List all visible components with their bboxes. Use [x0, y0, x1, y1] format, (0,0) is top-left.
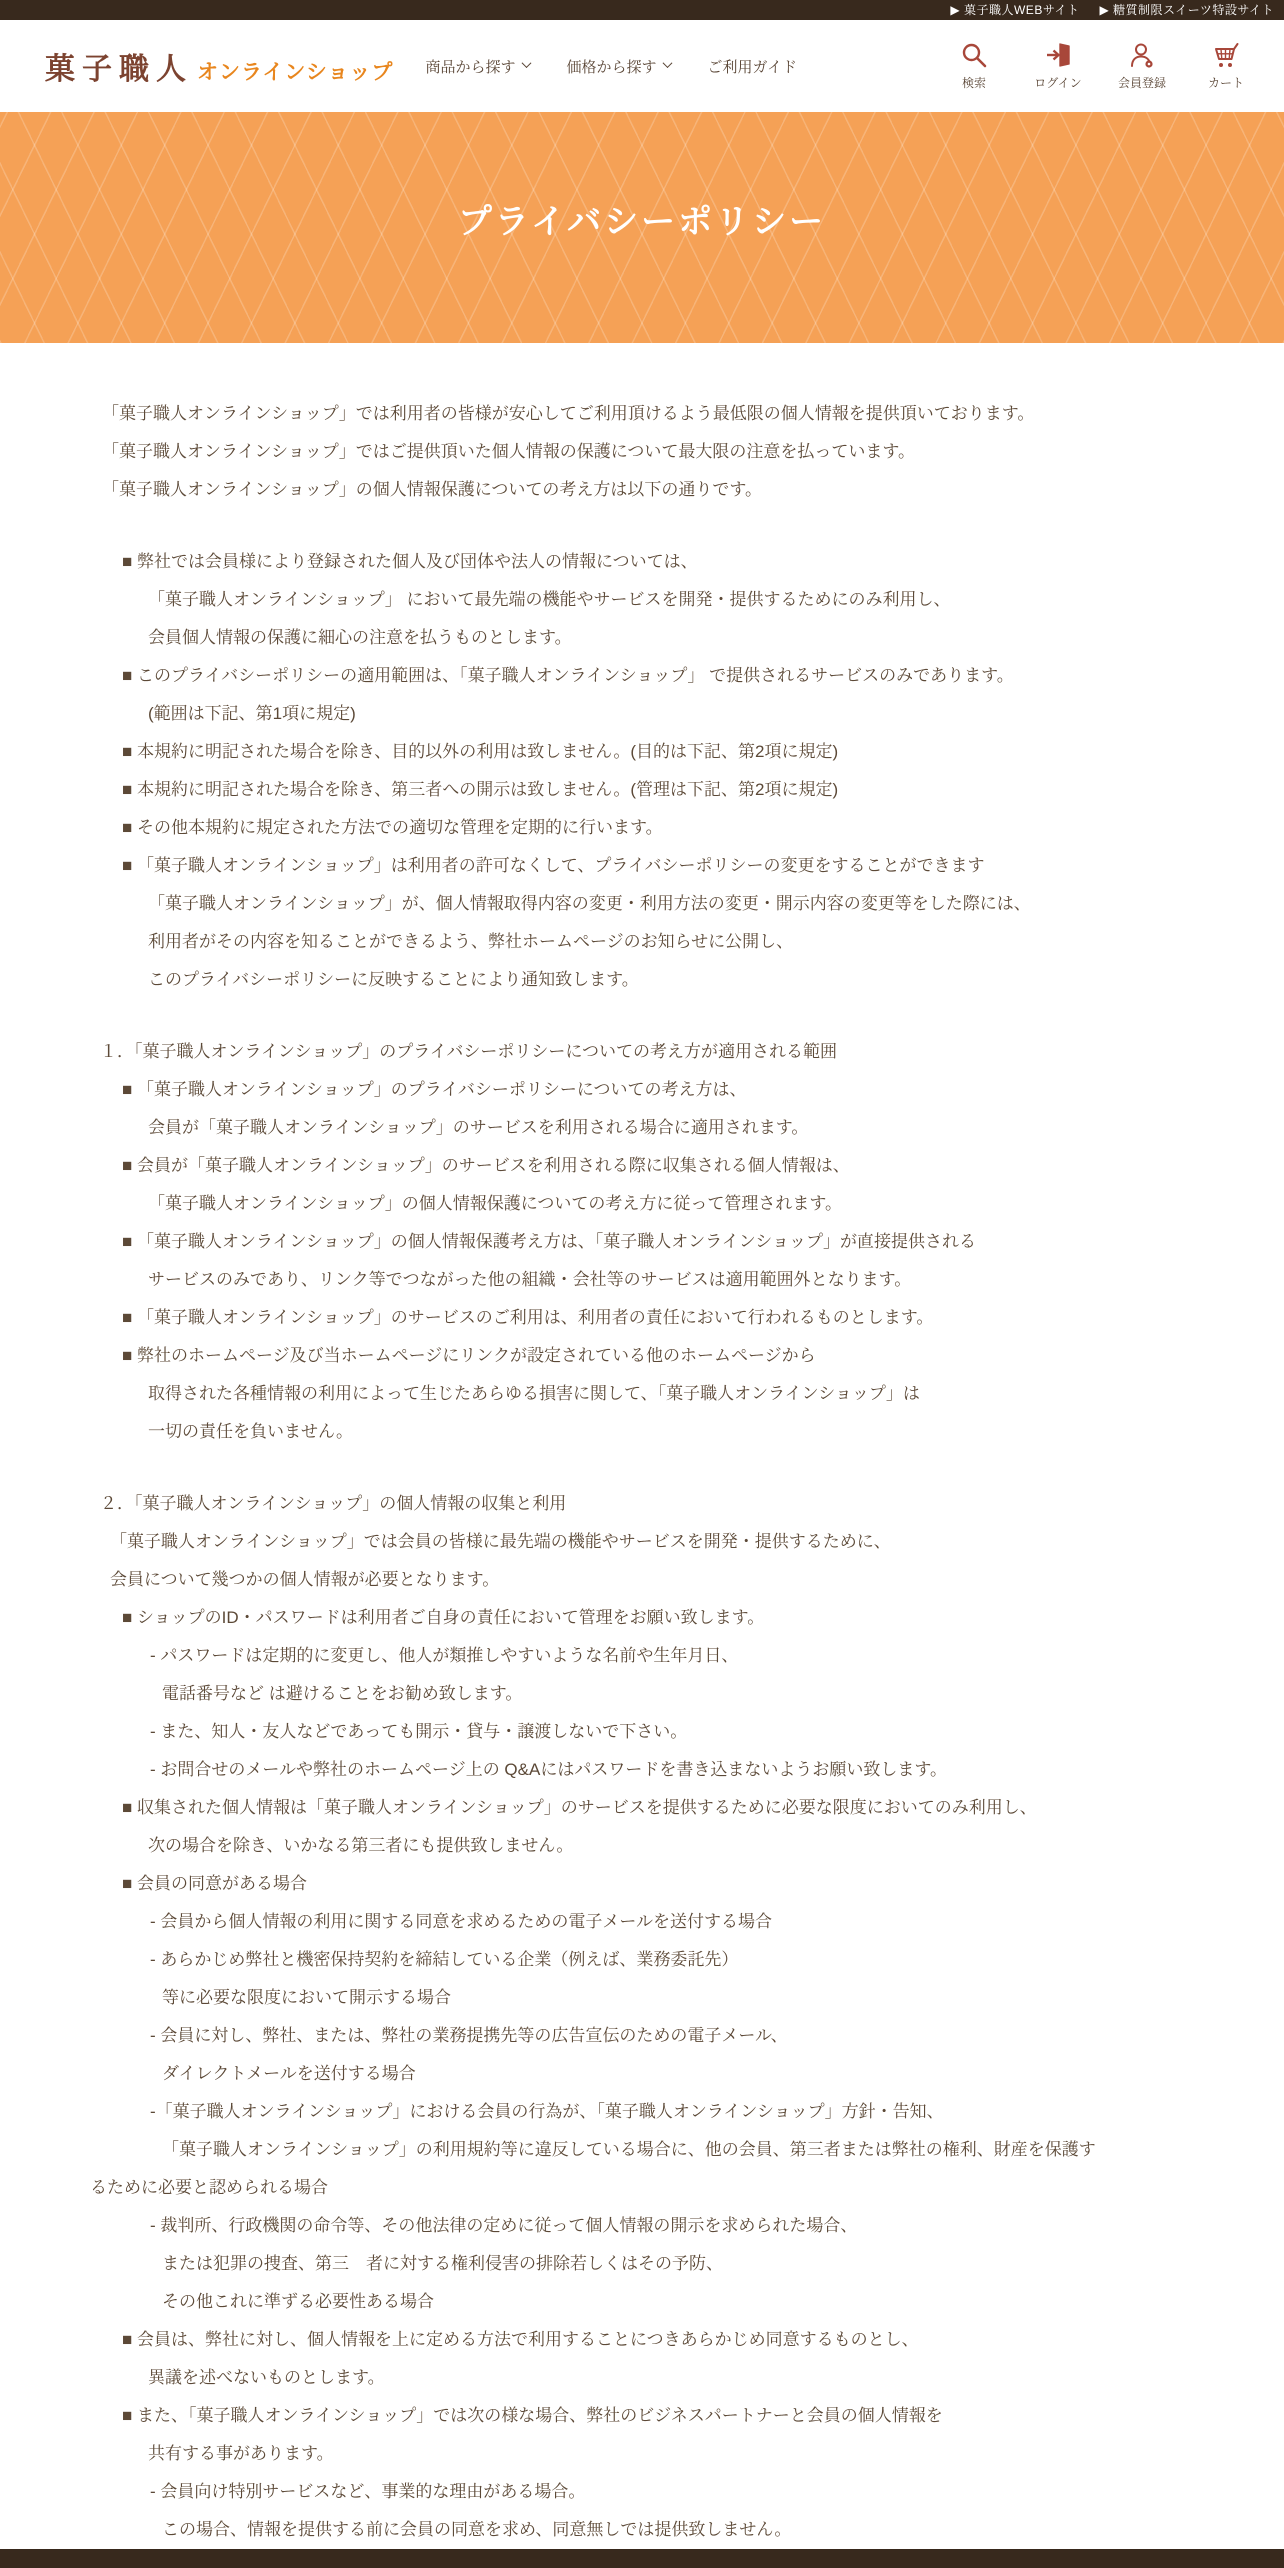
cart-label: カート	[1208, 74, 1244, 91]
policy-line: 「菓子職人オンラインショップ」が、個人情報取得内容の変更・利用方法の変更・開示内…	[100, 885, 1194, 923]
nav-item-products[interactable]: 商品から探す	[425, 56, 530, 77]
policy-line: ■ その他本規約に規定された方法での適切な管理を定期的に行います。	[100, 809, 1194, 847]
login-label: ログイン	[1034, 74, 1081, 91]
policy-line: るために必要と認められる場合	[90, 2169, 1194, 2207]
policy-line: 共有する事があります。	[100, 2435, 1194, 2473]
policy-line: 「菓子職人オンラインショップ」ではご提供頂いた個人情報の保護について最大限の注意…	[100, 433, 1194, 471]
policy-line: 会員が「菓子職人オンラインショップ」のサービスを利用される場合に適用されます。	[100, 1109, 1194, 1147]
policy-line: - 会員向け特別サービスなど、事業的な理由がある場合。	[100, 2473, 1194, 2511]
policy-line: ■ 弊社では会員様により登録された個人及び団体や法人の情報については、	[100, 543, 1194, 581]
policy-line: - お問合せのメールや弊社のホームページ上の Q&Aにはパスワードを書き込まない…	[100, 1751, 1194, 1789]
policy-line: その他これに準ずる必要性ある場合	[100, 2283, 1194, 2321]
nav-item-price[interactable]: 価格から探す	[566, 56, 671, 77]
policy-line: ■ 会員の同意がある場合	[100, 1865, 1194, 1903]
policy-line: 「菓子職人オンラインショップ」の個人情報保護についての考え方は以下の通りです。	[100, 471, 1194, 509]
policy-line: ■ 会員が「菓子職人オンラインショップ」のサービスを利用される際に収集される個人…	[100, 1147, 1194, 1185]
policy-line: ■ 本規約に明記された場合を除き、目的以外の利用は致しません。(目的は下記、第2…	[100, 733, 1194, 771]
policy-line: 「菓子職人オンラインショップ」の個人情報保護についての考え方に従って管理されます…	[100, 1185, 1194, 1223]
policy-line: - また、知人・友人などであっても開示・貸与・譲渡しないで下さい。	[100, 1713, 1194, 1751]
policy-spacer	[100, 999, 1194, 1033]
policy-line: ２．「菓子職人オンラインショップ」の個人情報の収集と利用	[100, 1485, 1194, 1523]
chevron-down-icon	[522, 58, 532, 68]
policy-line: ■ 「菓子職人オンラインショップ」のサービスのご利用は、利用者の責任において行わ…	[100, 1299, 1194, 1337]
login-icon	[1044, 41, 1072, 69]
policy-line: 会員個人情報の保護に細心の注意を払うものとします。	[100, 619, 1194, 657]
site-logo[interactable]: 菓子職人 オンラインショップ	[45, 44, 393, 88]
cart-icon	[1211, 41, 1241, 69]
policy-line: 「菓子職人オンラインショップ」では利用者の皆様が安心してご利用頂けるよう最低限の…	[100, 395, 1194, 433]
policy-line: ■ 本規約に明記された場合を除き、第三者への開示は致しません。(管理は下記、第2…	[100, 771, 1194, 809]
policy-line: ■ 弊社のホームページ及び当ホームページにリンクが設定されている他のホームページ…	[100, 1337, 1194, 1375]
nav-item-label: 価格から探す	[566, 56, 656, 77]
chevron-down-icon	[663, 58, 673, 68]
policy-line: ■ このプライバシーポリシーの適用範囲は、「菓子職人オンラインショップ」 で提供…	[100, 657, 1194, 695]
search-button[interactable]: 検索	[950, 41, 998, 91]
policy-line: ■ 「菓子職人オンラインショップ」の個人情報保護考え方は、「菓子職人オンラインシ…	[100, 1223, 1194, 1261]
policy-line: - パスワードは定期的に変更し、他人が類推しやすいような名前や生年月日、	[100, 1637, 1194, 1675]
policy-line: １．「菓子職人オンラインショップ」のプライバシーポリシーについての考え方が適用さ…	[100, 1033, 1194, 1071]
policy-line: 取得された各種情報の利用によって生じたあらゆる損害に関して、「菓子職人オンライン…	[100, 1375, 1194, 1413]
policy-line: 利用者がその内容を知ることができるよう、弊社ホームページのお知らせに公開し、	[100, 923, 1194, 961]
policy-line: 「菓子職人オンラインショップ」 において最先端の機能やサービスを開発・提供するた…	[100, 581, 1194, 619]
policy-content: 「菓子職人オンラインショップ」では利用者の皆様が安心してご利用頂けるよう最低限の…	[0, 343, 1284, 2549]
policy-line: 電話番号など は避けることをお勧め致します。	[100, 1675, 1194, 1713]
member-register-button[interactable]: 会員登録	[1118, 41, 1166, 91]
search-icon	[960, 41, 988, 69]
policy-line: サービスのみであり、リンク等でつながった他の組織・会社等のサービスは適用範囲外と…	[100, 1261, 1194, 1299]
policy-spacer	[100, 509, 1194, 543]
hero-banner: プライバシーポリシー	[0, 112, 1284, 343]
policy-line: - あらかじめ弊社と機密保持契約を締結している企業（例えば、業務委託先）	[100, 1941, 1194, 1979]
policy-line: このプライバシーポリシーに反映することにより通知致します。	[100, 961, 1194, 999]
policy-line: 「菓子職人オンラインショップ」の利用規約等に違反している場合に、他の会員、第三者…	[100, 2131, 1194, 2169]
policy-line: - 会員から個人情報の利用に関する同意を求めるための電子メールを送付する場合	[100, 1903, 1194, 1941]
policy-line: 異議を述べないものとします。	[100, 2359, 1194, 2397]
policy-line: (範囲は下記、第1項に規定)	[100, 695, 1194, 733]
footer-bar	[0, 2549, 1284, 2568]
policy-line: ■ 会員は、弊社に対し、個人情報を上に定める方法で利用することにつきあらかじめ同…	[100, 2321, 1194, 2359]
cart-button[interactable]: カート	[1202, 41, 1250, 91]
main-nav: 商品から探す 価格から探す ご利用ガイド	[425, 56, 797, 77]
page-title: プライバシーポリシー	[458, 194, 826, 243]
member-register-label: 会員登録	[1118, 74, 1166, 91]
policy-line: -「菓子職人オンラインショップ」における会員の行為が、「菓子職人オンラインショッ…	[100, 2093, 1194, 2131]
nav-item-label: ご利用ガイド	[707, 56, 797, 77]
top-utility-bar: ▶ 菓子職人WEBサイト ▶ 糖質制限スイーツ特設サイト	[0, 0, 1284, 20]
login-button[interactable]: ログイン	[1034, 41, 1082, 91]
policy-line: 会員について幾つかの個人情報が必要となります。	[100, 1561, 1194, 1599]
policy-line: ■ また、「菓子職人オンラインショップ」では次の様な場合、弊社のビジネスパートナ…	[100, 2397, 1194, 2435]
nav-item-label: 商品から探す	[425, 56, 515, 77]
logo-main-text: 菓子職人	[45, 44, 193, 88]
policy-line: ■ ショップのID・パスワードは利用者ご自身の責任において管理をお願い致します。	[100, 1599, 1194, 1637]
nav-item-guide[interactable]: ご利用ガイド	[707, 56, 797, 77]
logo-sub-text: オンラインショップ	[197, 56, 393, 86]
site-header: 菓子職人 オンラインショップ 商品から探す 価格から探す ご利用ガイド 検索	[0, 20, 1284, 112]
policy-line: ■ 「菓子職人オンラインショップ」は利用者の許可なくして、プライバシーポリシーの…	[100, 847, 1194, 885]
policy-line: ■ 「菓子職人オンラインショップ」のプライバシーポリシーについての考え方は、	[100, 1071, 1194, 1109]
header-actions: 検索 ログイン 会員登録	[950, 41, 1250, 91]
policy-line: または犯罪の捜査、第三 者に対する権利侵害の排除若しくはその予防、	[100, 2245, 1194, 2283]
topbar-link-sugar-free-site[interactable]: ▶ 糖質制限スイーツ特設サイト	[1099, 0, 1274, 20]
policy-line: 次の場合を除き、いかなる第三者にも提供致しません。	[100, 1827, 1194, 1865]
policy-line: 等に必要な限度において開示する場合	[100, 1979, 1194, 2017]
policy-line: ダイレクトメールを送付する場合	[100, 2055, 1194, 2093]
search-label: 検索	[962, 74, 986, 91]
policy-line: - 会員に対し、弊社、または、弊社の業務提携先等の広告宣伝のための電子メール、	[100, 2017, 1194, 2055]
policy-line: ■ 収集された個人情報は「菓子職人オンラインショップ」のサービスを提供するために…	[100, 1789, 1194, 1827]
topbar-link-web-site[interactable]: ▶ 菓子職人WEBサイト	[950, 0, 1079, 20]
policy-line: 「菓子職人オンラインショップ」では会員の皆様に最先端の機能やサービスを開発・提供…	[100, 1523, 1194, 1561]
policy-line: 一切の責任を負いません。	[100, 1413, 1194, 1451]
policy-line: - 裁判所、行政機関の命令等、その他法律の定めに従って個人情報の開示を求められた…	[100, 2207, 1194, 2245]
member-register-icon	[1128, 41, 1156, 69]
policy-line: この場合、情報を提供する前に会員の同意を求め、同意無しでは提供致しません。	[100, 2511, 1194, 2549]
policy-spacer	[100, 1451, 1194, 1485]
